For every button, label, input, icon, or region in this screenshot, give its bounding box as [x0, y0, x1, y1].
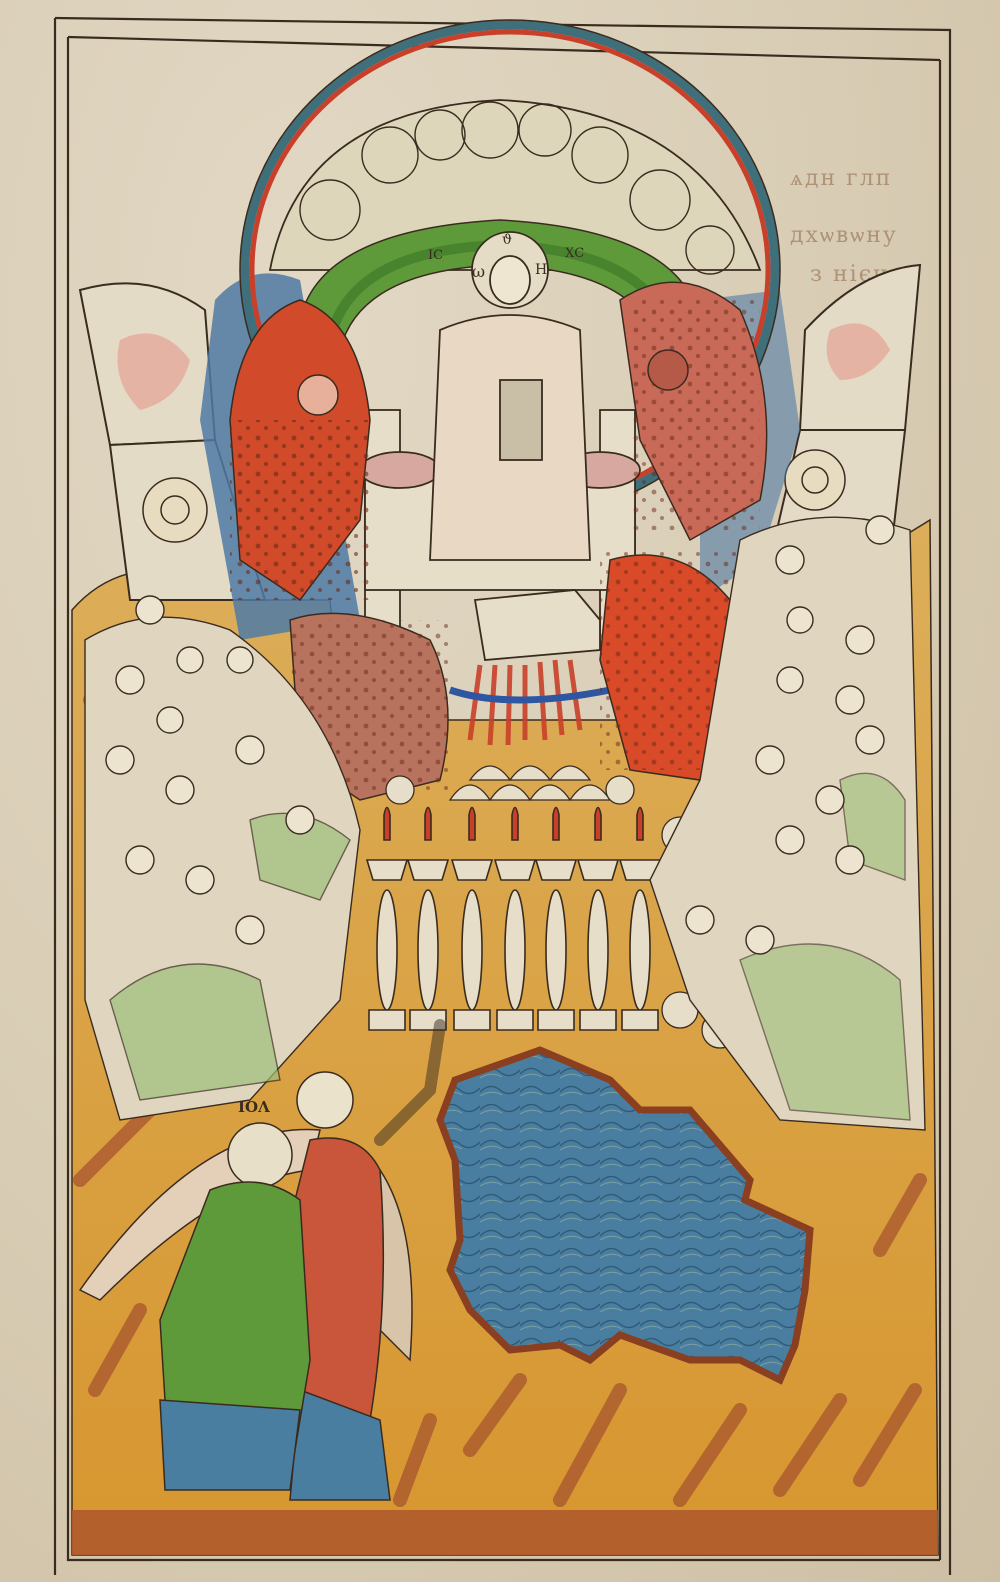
- illumination: [0, 0, 1000, 1582]
- halo-letter-right: Н: [535, 262, 547, 278]
- john-label: ІОΛ: [238, 1098, 270, 1116]
- halo-letter-left: ω: [472, 262, 485, 281]
- creature-eagle: [620, 282, 767, 540]
- ground-band: [72, 1510, 938, 1555]
- halo-letter-top: ϑ: [502, 232, 512, 248]
- christ-monogram-left: ІС: [428, 248, 443, 263]
- creature-man-angel: [230, 300, 370, 600]
- sun-rosette-right: [785, 450, 845, 510]
- christ-monogram-right: ХС: [565, 246, 584, 261]
- manuscript-page: ѧдн глп дхѡвѡну з нієн: [0, 0, 1000, 1582]
- christ-enthroned: [430, 232, 590, 560]
- footstool: [475, 590, 600, 660]
- sun-rosette-left: [143, 478, 207, 542]
